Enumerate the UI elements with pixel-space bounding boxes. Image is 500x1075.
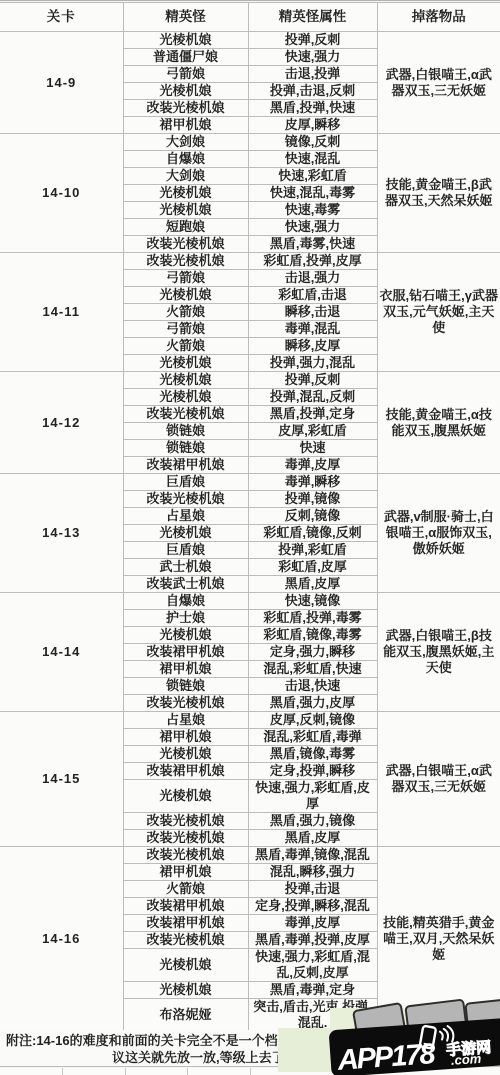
drops-cell: 技能,黄金喵王,α技能双玉,腹黑妖姬	[377, 372, 500, 474]
monster-attrs-cell: 快速	[248, 440, 377, 457]
monster-attrs-cell: 毒弹,瞬移	[248, 474, 377, 491]
level-cell: 14-10	[0, 134, 123, 253]
top-crop-line	[0, 0, 500, 1]
monster-attrs-cell: 彩虹盾,投弹,毒雾	[248, 610, 377, 627]
monster-name-cell: 光棱机娘	[123, 372, 248, 389]
monster-attrs-cell: 黑盾,皮厚	[248, 576, 377, 593]
drops-cell: 武器,白银喵王,α武器双玉,三无妖姬	[377, 32, 500, 134]
level-cell: 14-11	[0, 253, 123, 372]
monster-attrs-cell: 投弹,击退	[248, 881, 377, 898]
monster-attrs-cell: 黑盾,毒弹,投弹,皮厚	[248, 932, 377, 949]
monster-name-cell: 光棱机娘	[123, 982, 248, 999]
monster-attrs-cell: 投弹,反刺	[248, 32, 377, 49]
level-cell: 14-15	[0, 712, 123, 847]
monster-attrs-cell: 毒弹,混乱	[248, 321, 377, 338]
header-row: 关卡 精英怪 精英怪属性 掉落物品	[0, 3, 500, 32]
monster-row: 14-15占星娘皮厚,反刺,镜像武器,白银喵王,α武器双玉,三无妖姬	[0, 712, 500, 729]
monster-name-cell: 锁链娘	[123, 440, 248, 457]
monster-name-cell: 武士机娘	[123, 559, 248, 576]
monster-row: 14-12光棱机娘投弹,反刺技能,黄金喵王,α技能双玉,腹黑妖姬	[0, 372, 500, 389]
screenshot-root: 关卡 精英怪 精英怪属性 掉落物品 14-9光棱机娘投弹,反刺武器,白银喵王,α…	[0, 0, 500, 1075]
monster-name-cell: 改装光棱机娘	[123, 491, 248, 508]
monster-name-cell: 火箭娘	[123, 304, 248, 321]
monster-name-cell: 光棱机娘	[123, 746, 248, 763]
monster-name-cell: 裙甲机娘	[123, 661, 248, 678]
monster-attrs-cell: 黑盾,毒弹,镜像,混乱	[248, 847, 377, 864]
monster-name-cell: 改装裙甲机娘	[123, 644, 248, 661]
monster-name-cell: 巨盾娘	[123, 542, 248, 559]
monster-name-cell: 护士娘	[123, 610, 248, 627]
monster-attrs-cell: 快速,彩虹盾	[248, 168, 377, 185]
monster-attrs-cell: 反刺,镜像	[248, 508, 377, 525]
monster-attrs-cell: 毒弹,皮厚	[248, 457, 377, 474]
monster-attrs-cell: 黑盾,毒雾,快速	[248, 236, 377, 253]
monster-name-cell: 光棱机娘	[123, 389, 248, 406]
monster-row: 14-16改装光棱机娘黑盾,毒弹,镜像,混乱技能,精英猎手,黄金喵王,双月,天然…	[0, 847, 500, 864]
monster-attrs-cell: 彩虹盾,击退	[248, 287, 377, 304]
monster-row: 14-10大剑娘镜像,反刺技能,黄金喵王,β武器双玉,天然呆妖姬	[0, 134, 500, 151]
monster-name-cell: 自爆娘	[123, 151, 248, 168]
monster-attrs-cell: 黑盾,投弹,定身	[248, 406, 377, 423]
monster-attrs-cell: 黑盾,强力,镜像	[248, 813, 377, 830]
monster-attrs-cell: 快速,强力	[248, 219, 377, 236]
monster-name-cell: 改装光棱机娘	[123, 100, 248, 117]
monster-attrs-cell: 彩虹盾,投弹,皮厚	[248, 253, 377, 270]
monster-name-cell: 裙甲机娘	[123, 117, 248, 134]
monster-name-cell: 大剑娘	[123, 168, 248, 185]
drops-cell: 武器,v制服·骑士,白银喵王,α服饰双玉,傲娇妖姬	[377, 474, 500, 593]
level-cell: 14-14	[0, 593, 123, 712]
monster-attrs-cell: 快速,毒雾	[248, 202, 377, 219]
monster-attrs-cell: 投弹,镜像	[248, 491, 377, 508]
monster-attrs-cell: 投弹,击退,反刺	[248, 83, 377, 100]
monster-name-cell: 光棱机娘	[123, 32, 248, 49]
drops-table: 关卡 精英怪 精英怪属性 掉落物品 14-9光棱机娘投弹,反刺武器,白银喵王,α…	[0, 2, 500, 1032]
monster-attrs-cell: 快速,镜像	[248, 593, 377, 610]
monster-attrs-cell: 彩虹盾,皮厚	[248, 559, 377, 576]
monster-name-cell: 锁链娘	[123, 678, 248, 695]
monster-name-cell: 改装武士机娘	[123, 576, 248, 593]
monster-name-cell: 光棱机娘	[123, 185, 248, 202]
monster-name-cell: 占星娘	[123, 508, 248, 525]
monster-row: 14-9光棱机娘投弹,反刺武器,白银喵王,α武器双玉,三无妖姬	[0, 32, 500, 49]
monster-name-cell: 巨盾娘	[123, 474, 248, 491]
monster-attrs-cell: 定身,投弹,瞬移	[248, 763, 377, 780]
monster-attrs-cell: 镜像,反刺	[248, 134, 377, 151]
monster-attrs-cell: 皮厚,彩虹盾	[248, 423, 377, 440]
monster-name-cell: 改装裙甲机娘	[123, 915, 248, 932]
monster-attrs-cell: 黑盾,皮厚	[248, 830, 377, 847]
monster-name-cell: 布洛妮娅	[123, 999, 248, 1032]
monster-attrs-cell: 彩虹盾,镜像,毒雾	[248, 627, 377, 644]
monster-name-cell: 光棱机娘	[123, 627, 248, 644]
monster-name-cell: 光棱机娘	[123, 83, 248, 100]
monster-name-cell: 改装光棱机娘	[123, 830, 248, 847]
monster-name-cell: 改装光棱机娘	[123, 932, 248, 949]
monster-name-cell: 改装光棱机娘	[123, 253, 248, 270]
monster-name-cell: 改装裙甲机娘	[123, 898, 248, 915]
monster-attrs-cell: 快速,混乱,毒雾	[248, 185, 377, 202]
monster-attrs-cell: 快速,混乱	[248, 151, 377, 168]
monster-name-cell: 占星娘	[123, 712, 248, 729]
monster-row: 14-14自爆娘快速,镜像武器,白银喵王,β技能双玉,腹黑妖姬,主天使	[0, 593, 500, 610]
level-cell: 14-13	[0, 474, 123, 593]
monster-name-cell: 裙甲机娘	[123, 864, 248, 881]
monster-attrs-cell: 击退,快速	[248, 678, 377, 695]
monster-attrs-cell: 瞬移,击退	[248, 304, 377, 321]
level-cell: 14-9	[0, 32, 123, 134]
monster-attrs-cell: 击退,强力	[248, 270, 377, 287]
monster-attrs-cell: 定身,强力,瞬移	[248, 644, 377, 661]
monster-name-cell: 改装裙甲机娘	[123, 763, 248, 780]
monster-attrs-cell: 快速,强力	[248, 49, 377, 66]
monster-name-cell: 改装裙甲机娘	[123, 457, 248, 474]
monster-name-cell: 改装光棱机娘	[123, 236, 248, 253]
monster-name-cell: 光棱机娘	[123, 202, 248, 219]
col-header-monster: 精英怪	[123, 3, 248, 32]
monster-attrs-cell: 投弹,反刺	[248, 372, 377, 389]
monster-row: 14-11改装光棱机娘彩虹盾,投弹,皮厚衣服,钻石喵王,γ武器双玉,元气妖姬,主…	[0, 253, 500, 270]
monster-attrs-cell: 毒弹,皮厚	[248, 915, 377, 932]
monster-name-cell: 火箭娘	[123, 881, 248, 898]
monster-attrs-cell: 混乱,彩虹盾,毒弹	[248, 729, 377, 746]
col-header-level: 关卡	[0, 3, 123, 32]
col-header-attrs: 精英怪属性	[248, 3, 377, 32]
monster-name-cell: 改装光棱机娘	[123, 847, 248, 864]
monster-attrs-cell: 彩虹盾,镜像,反刺	[248, 525, 377, 542]
monster-attrs-cell: 投弹,彩虹盾	[248, 542, 377, 559]
monster-name-cell: 弓箭娘	[123, 66, 248, 83]
monster-attrs-cell: 瞬移,皮厚	[248, 338, 377, 355]
monster-name-cell: 光棱机娘	[123, 525, 248, 542]
monster-name-cell: 弓箭娘	[123, 321, 248, 338]
monster-name-cell: 改装光棱机娘	[123, 695, 248, 712]
col-header-drops: 掉落物品	[377, 3, 500, 32]
drops-cell: 武器,白银喵王,α武器双玉,三无妖姬	[377, 712, 500, 847]
monster-attrs-cell: 皮厚,瞬移	[248, 117, 377, 134]
monster-attrs-cell: 皮厚,反刺,镜像	[248, 712, 377, 729]
monster-name-cell: 裙甲机娘	[123, 729, 248, 746]
drops-cell: 武器,白银喵王,β技能双玉,腹黑妖姬,主天使	[377, 593, 500, 712]
monster-name-cell: 光棱机娘	[123, 355, 248, 372]
monster-attrs-cell: 黑盾,镜像,毒雾	[248, 746, 377, 763]
monster-attrs-cell: 快速,强力,彩虹盾,皮厚	[248, 780, 377, 813]
monster-name-cell: 大剑娘	[123, 134, 248, 151]
level-cell: 14-12	[0, 372, 123, 474]
monster-name-cell: 光棱机娘	[123, 780, 248, 813]
monster-name-cell: 火箭娘	[123, 338, 248, 355]
monster-attrs-cell: 黑盾,强力,皮厚	[248, 695, 377, 712]
level-cell: 14-16	[0, 847, 123, 1032]
monster-attrs-cell: 投弹,混乱,反刺	[248, 389, 377, 406]
monster-attrs-cell: 快速,强力,彩虹盾,混乱,反刺,皮厚	[248, 949, 377, 982]
monster-attrs-cell: 定身,投弹,瞬移,混乱	[248, 898, 377, 915]
monster-name-cell: 改装光棱机娘	[123, 813, 248, 830]
watermark-brand: APP178	[337, 1039, 435, 1075]
monster-attrs-cell: 混乱,彩虹盾,快速	[248, 661, 377, 678]
monster-attrs-cell: 击退,投弹	[248, 66, 377, 83]
monster-attrs-cell: 混乱,瞬移,强力	[248, 864, 377, 881]
watermark-domain: .com	[450, 1051, 481, 1068]
drops-cell: 衣服,钻石喵王,γ武器双玉,元气妖姬,主天使	[377, 253, 500, 372]
monster-attrs-cell: 黑盾,毒弹,定身	[248, 982, 377, 999]
drops-cell: 技能,黄金喵王,β武器双玉,天然呆妖姬	[377, 134, 500, 253]
monster-attrs-cell: 黑盾,投弹,快速	[248, 100, 377, 117]
monster-name-cell: 普通僵尸娘	[123, 49, 248, 66]
monster-name-cell: 锁链娘	[123, 423, 248, 440]
monster-name-cell: 改装光棱机娘	[123, 406, 248, 423]
monster-row: 14-13巨盾娘毒弹,瞬移武器,v制服·骑士,白银喵王,α服饰双玉,傲娇妖姬	[0, 474, 500, 491]
monster-name-cell: 短跑娘	[123, 219, 248, 236]
monster-name-cell: 弓箭娘	[123, 270, 248, 287]
monster-attrs-cell: 投弹,强力,混乱	[248, 355, 377, 372]
monster-name-cell: 光棱机娘	[123, 287, 248, 304]
monster-name-cell: 光棱机娘	[123, 949, 248, 982]
monster-name-cell: 自爆娘	[123, 593, 248, 610]
